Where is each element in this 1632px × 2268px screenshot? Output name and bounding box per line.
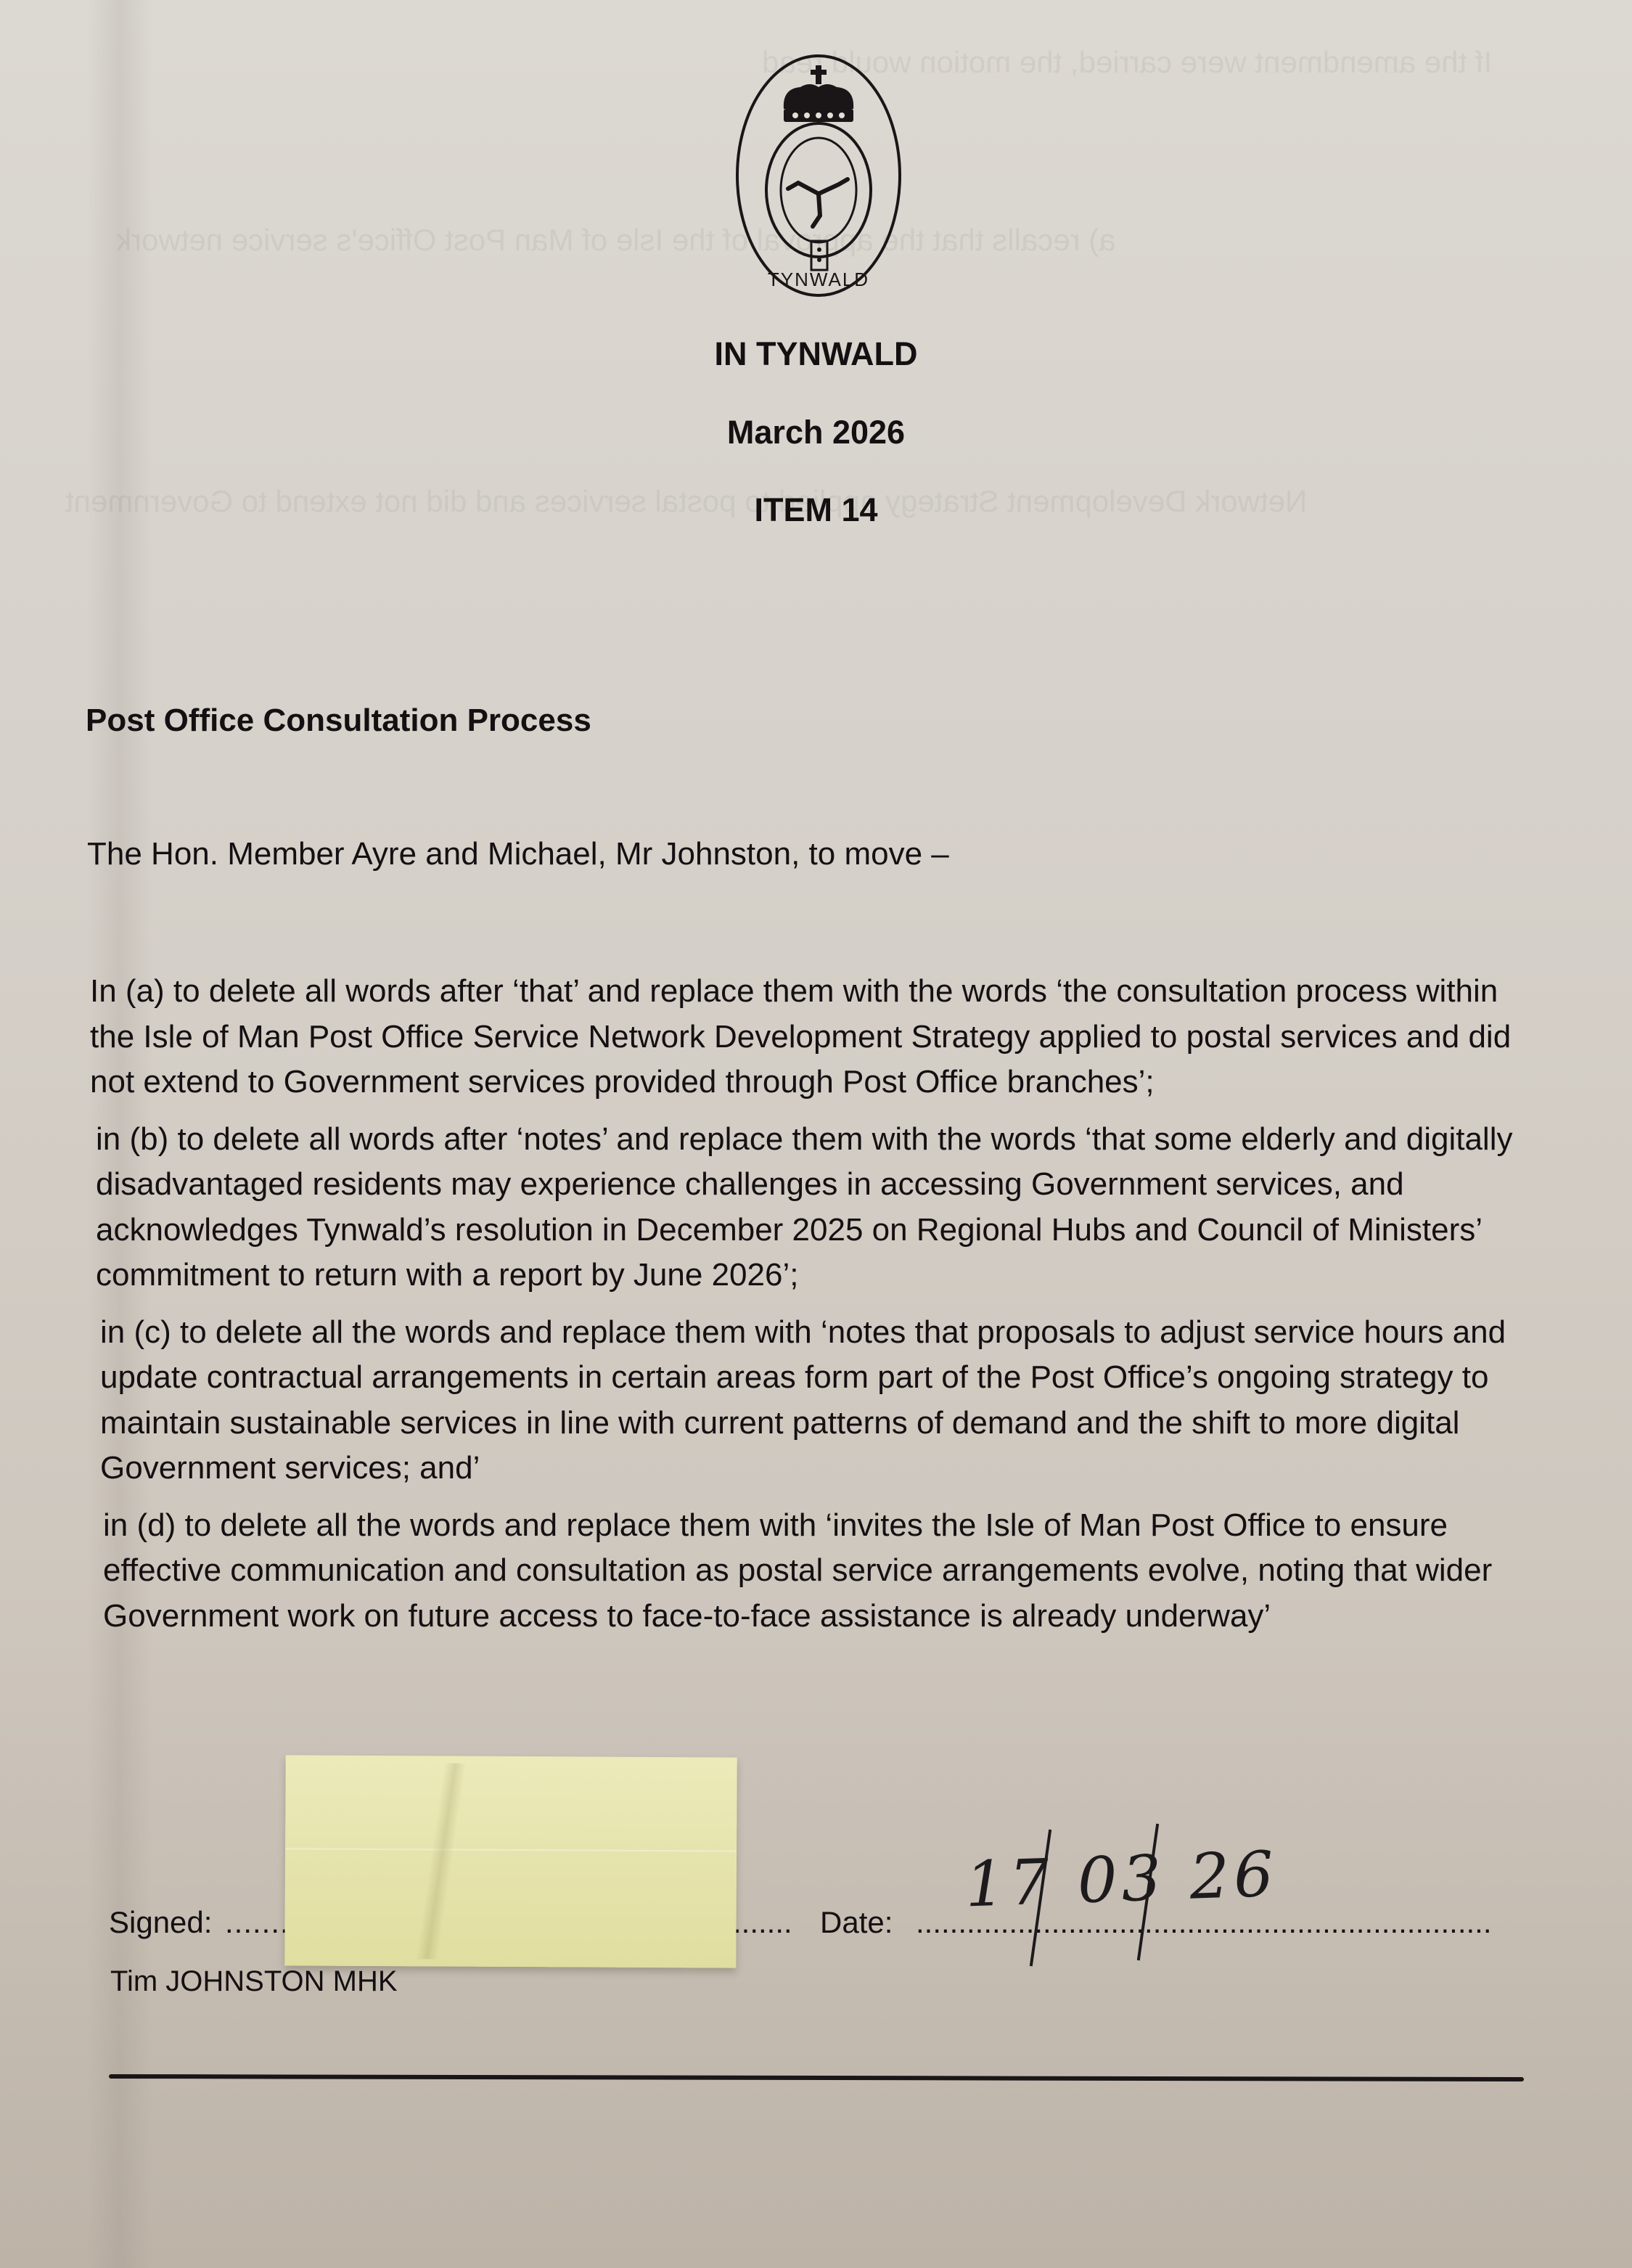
assembly-heading: IN TYNWALD (0, 335, 1632, 373)
redaction-sticky-note (284, 1755, 737, 1968)
handwritten-date: 17 03 26 (964, 1838, 1279, 1922)
amendments-list: In (a) to delete all words after ‘that’ … (90, 969, 1534, 1650)
sitting-date: March 2026 (0, 414, 1632, 451)
signature-line-end: ........................................… (733, 1905, 791, 1940)
bottom-rule (109, 2074, 1524, 2081)
tynwald-crest-icon: TYNWALD (731, 45, 906, 300)
bleed-through-text: a) recalls that the approval of the Isle… (116, 218, 1116, 263)
document-page: If the amendment were carried, the motio… (0, 0, 1632, 2268)
svg-text:TYNWALD: TYNWALD (768, 269, 869, 290)
mover-line: The Hon. Member Ayre and Michael, Mr Joh… (87, 836, 949, 872)
signed-label: Signed: (109, 1905, 212, 1940)
amendment-a: In (a) to delete all words after ‘that’ … (90, 969, 1534, 1105)
motion-title: Post Office Consultation Process (86, 703, 591, 739)
date-label: Date: (820, 1905, 893, 1940)
amendment-d: in (d) to delete all the words and repla… (90, 1503, 1534, 1639)
amendment-b: in (b) to delete all words after ‘notes’… (90, 1117, 1534, 1298)
item-number: ITEM 14 (0, 491, 1632, 529)
signatory-name: Tim JOHNSTON MHK (110, 1965, 398, 1998)
amendment-c: in (c) to delete all the words and repla… (90, 1310, 1534, 1491)
